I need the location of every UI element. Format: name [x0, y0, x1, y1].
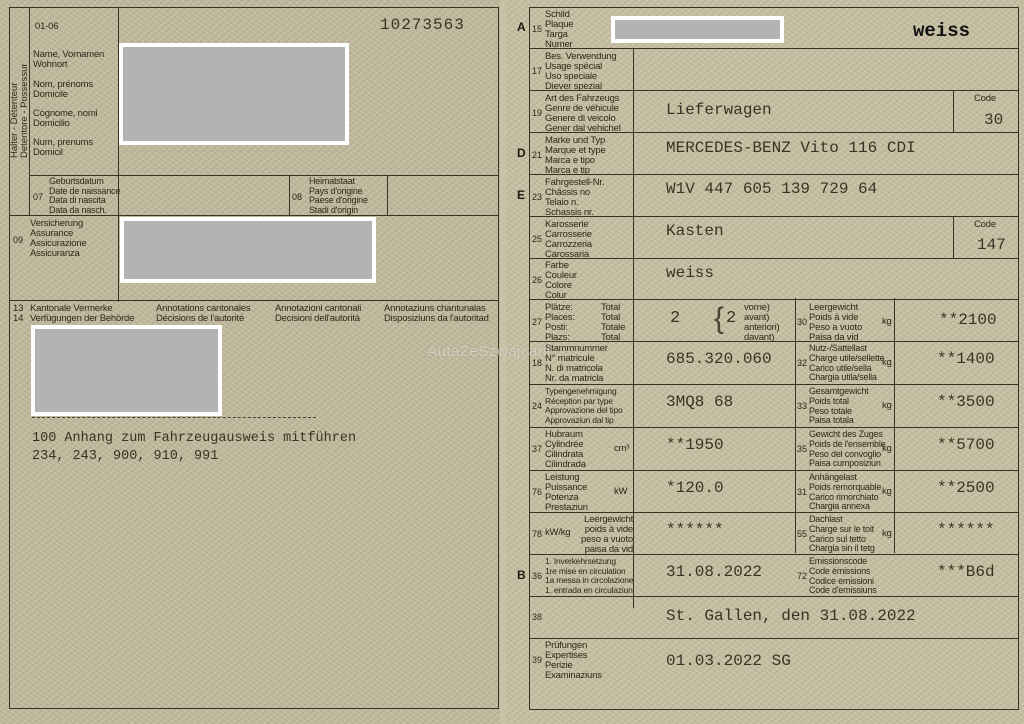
field-label: Hubraum Cylindrée Cilindrata Cilindrada	[545, 430, 586, 470]
field-number-17: 17	[532, 66, 542, 76]
holder-label-fr: Nom, prénoms Domicile	[33, 80, 93, 100]
divider	[529, 427, 1018, 428]
color-value: weiss	[666, 264, 714, 282]
field-label: Leistung Puissance Potenza Prestaziun	[545, 473, 588, 513]
field-number-27: 27	[532, 317, 542, 327]
divider	[529, 470, 1018, 471]
vehicle-type-value: Lieferwagen	[666, 101, 772, 119]
divider	[529, 384, 1018, 385]
right-page: A 15 Schild Plaque Targa Numer weiss 17 …	[506, 0, 1024, 724]
field-value: **1400	[937, 350, 995, 368]
field-label: Dachlast Charge sur le toit Carico sul t…	[809, 515, 875, 554]
color-label: Farbe Couleur Colore Colur	[545, 261, 577, 301]
watermark: AutaZeSzwajcarii	[427, 343, 551, 360]
holder-label-it: Cognome, nomi Domicilio	[33, 109, 97, 129]
plate-redacted	[611, 16, 784, 43]
field-label: Gewicht des Zuges Poids de l'ensemble Pe…	[809, 430, 885, 469]
field-value: **1950	[666, 436, 724, 454]
code-label: Code	[974, 94, 996, 104]
inspections-value: 01.03.2022 SG	[666, 652, 791, 670]
plate-color: weiss	[913, 20, 970, 42]
vehicle-type-code: 30	[984, 111, 1003, 129]
holder-label-rm: Num, prenums Domicil	[33, 138, 93, 158]
seats-label-total: Total Total Totale Total	[601, 303, 625, 343]
section-letter-a: A	[517, 20, 526, 34]
field-label: Anhängelast Poids remorquable Carico rim…	[809, 473, 881, 512]
seats-total: 2	[670, 309, 680, 328]
empty-weight-unit: kg	[882, 317, 892, 327]
divider	[9, 215, 498, 216]
code-label: Code	[974, 220, 996, 230]
field-number-76: 76	[532, 487, 542, 497]
field-number-33: 33	[797, 401, 807, 411]
make-model-label: Marke und Typ Marque et type Marca e tip…	[545, 136, 606, 176]
field-number-39: 39	[532, 655, 542, 665]
field-value: ******	[666, 521, 724, 539]
field-value: 31.08.2022	[666, 563, 762, 581]
divider	[953, 90, 954, 132]
divider	[795, 298, 796, 553]
field-label: kW/kg	[545, 528, 570, 538]
body-label: Karosserie Carrosserie Carrozzeria Caros…	[545, 220, 592, 260]
field-label: Stammnummer N° matricule N. di matricola…	[545, 344, 608, 384]
insurance-label: Versicherung Assurance Assicurazione Ass…	[30, 219, 87, 259]
empty-weight-label: Leergewicht Poids à vide Peso a vuoto Pa…	[809, 303, 862, 343]
field-number-35: 35	[797, 444, 807, 454]
holder-label-de: Name, Vornamen Wohnort	[33, 50, 104, 70]
field-unit: kg	[882, 529, 892, 539]
document-number: 10273563	[380, 16, 465, 34]
field-number-31: 31	[797, 487, 807, 497]
seats-front: 2	[726, 309, 736, 328]
seats-label: Plätze: Places: Posti: Plazs:	[545, 303, 575, 343]
section-letter-d: D	[517, 146, 526, 160]
field-number-26: 26	[532, 275, 542, 285]
field-label: Nutz-/Sattellast Charge utile/sellette C…	[809, 344, 884, 383]
divider	[387, 175, 388, 215]
field-number-25: 25	[532, 234, 542, 244]
divider	[894, 298, 895, 553]
annotation-line-2: 234, 243, 900, 910, 991	[32, 449, 218, 464]
vehicle-type-label: Art des Fahrzeugs Genre de véhicule Gene…	[545, 94, 621, 134]
field-value: *120.0	[666, 479, 724, 497]
field-unit: kW	[614, 487, 627, 497]
seats-front-label: vorne) avant) anteriori) davant)	[744, 303, 780, 343]
field-number-32: 32	[797, 358, 807, 368]
left-page: 01-06 10273563 Halter - Détenteur Detent…	[0, 0, 506, 724]
section-letter-e: E	[517, 188, 525, 202]
field-unit: kg	[882, 358, 892, 368]
place-date-value: St. Gallen, den 31.08.2022	[666, 607, 916, 625]
annotation-line-1: 100 Anhang zum Fahrzeugausweis mitführen	[32, 431, 356, 446]
plate-label: Schild Plaque Targa Numer	[545, 10, 573, 50]
field-number-09: 09	[13, 235, 23, 245]
field-unit: kg	[882, 444, 892, 454]
field-number-55: 55	[797, 529, 807, 539]
body-value: Kasten	[666, 222, 724, 240]
inspections-label: Prüfungen Expertises Perizie Examinaziun…	[545, 641, 602, 681]
divider	[289, 175, 290, 215]
holder-side-label: Halter - Détenteur Detentore - Possessur	[10, 18, 30, 158]
field-value: **3500	[937, 393, 995, 411]
annotations-header-de: Kantonale Vermerke Verfügungen der Behör…	[30, 304, 134, 324]
field-number-19: 19	[532, 108, 542, 118]
annotations-header-rm: Annotaziuns chantunalas Disposiziuns da …	[384, 304, 489, 324]
field-value: ******	[937, 521, 995, 539]
form-code: 01-06	[35, 22, 58, 32]
field-label: Emissionscode Code émissions Codice emis…	[809, 557, 877, 596]
annotations-header-fr: Annotations cantonales Décisions de l'au…	[156, 304, 250, 324]
insurance-redacted	[120, 217, 376, 283]
field-number-36: 36	[532, 571, 542, 581]
birth-date-label: Geburtsdatum Date de naissance Data di n…	[49, 177, 120, 215]
field-number-30: 30	[797, 317, 807, 327]
divider	[9, 300, 498, 301]
seats-brace: {	[714, 300, 724, 338]
field-unit: cm³	[614, 444, 629, 454]
field-label: 1. Inverkehrsetzung 1re mise en circulat…	[545, 557, 633, 595]
field-value: **5700	[937, 436, 995, 454]
special-use-label: Bes. Verwendung Usage spécial Uso specia…	[545, 52, 616, 92]
origin-label: Heimatstaat Pays d'origine Paese d'origi…	[309, 177, 368, 215]
field-number-23: 23	[532, 192, 542, 202]
field-number-38: 38	[532, 612, 542, 622]
field-number-72: 72	[797, 571, 807, 581]
field-number-21: 21	[532, 150, 542, 160]
divider	[529, 299, 1018, 300]
field-label: Typengenehmigung Réception par type Appr…	[545, 387, 623, 425]
annotations-numbers: 13 14	[13, 304, 23, 324]
divider	[529, 596, 1018, 597]
field-number-15: 15	[532, 24, 542, 34]
field-unit: kg	[882, 401, 892, 411]
divider	[529, 258, 1018, 259]
holder-redacted	[119, 43, 349, 145]
field-sublabel: Leergewicht poids à vide peso a vuoto pa…	[581, 515, 633, 555]
chassis-number-value: W1V 447 605 139 729 64	[666, 180, 877, 198]
chassis-label: Fahrgestell-Nr. Châssis no Telaio n. Sch…	[545, 178, 604, 218]
field-number-78: 78	[532, 529, 542, 539]
field-label: Gesamtgewicht Poids total Peso totale Pa…	[809, 387, 868, 426]
field-unit: kg	[882, 487, 892, 497]
divider	[953, 216, 954, 258]
divider	[529, 512, 1018, 513]
divider	[529, 48, 1018, 49]
empty-weight-value: **2100	[939, 311, 997, 329]
field-number-24: 24	[532, 401, 542, 411]
section-letter-b: B	[517, 568, 526, 582]
field-value: **2500	[937, 479, 995, 497]
dashed-separator	[32, 417, 316, 418]
make-model-value: MERCEDES-BENZ Vito 116 CDI	[666, 139, 916, 157]
field-number-08: 08	[292, 192, 302, 202]
field-value: 3MQ8 68	[666, 393, 733, 411]
field-number-37: 37	[532, 444, 542, 454]
annotations-redacted	[31, 325, 222, 416]
body-code: 147	[977, 236, 1006, 254]
field-number-07: 07	[33, 192, 43, 202]
field-value: ***B6d	[937, 563, 995, 581]
divider	[529, 638, 1018, 639]
annotations-header-it: Annotazioni cantonali Decisioni dell'aut…	[275, 304, 361, 324]
field-value: 685.320.060	[666, 350, 772, 368]
